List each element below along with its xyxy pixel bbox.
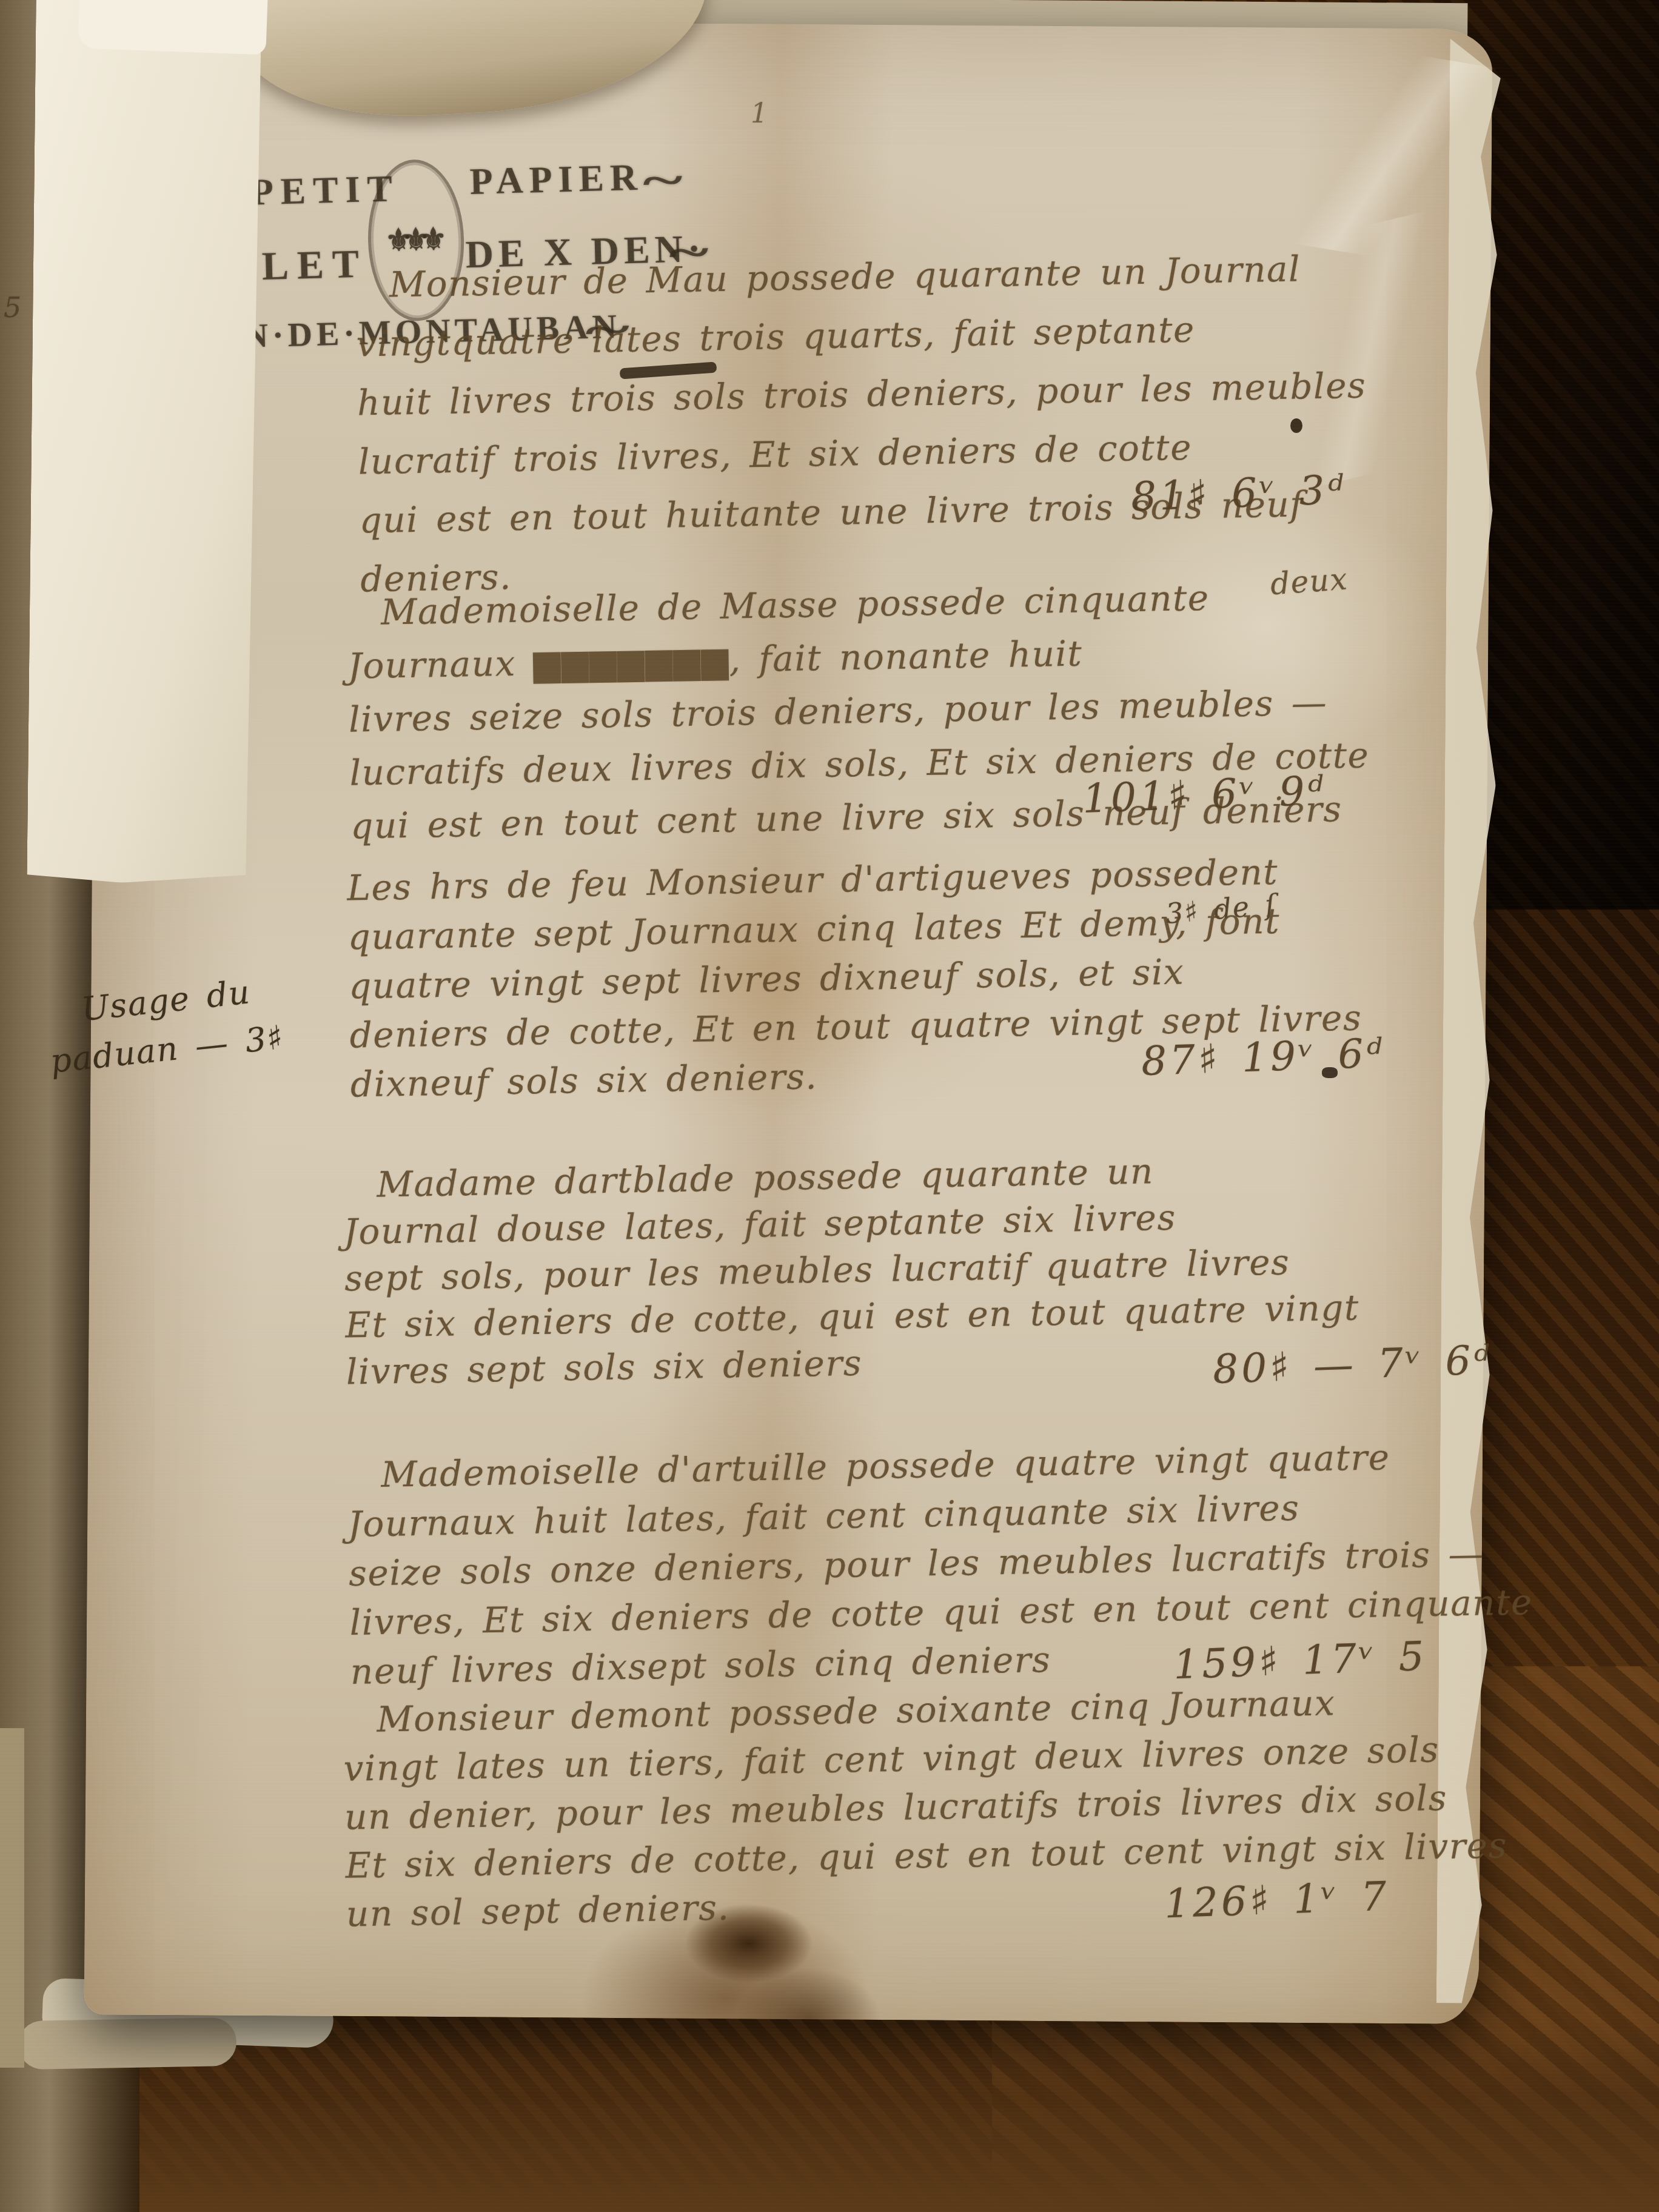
margin-note: Usage du paduan — 3♯ xyxy=(79,965,286,1082)
photo-of-manuscript: 5 1 PETIT ILLET PAPIER DE X DEN· EN·DE·M… xyxy=(0,0,1659,2212)
entry-monsieur-de-mau: Monsieur de Mau possede quarante un Jour… xyxy=(355,239,1370,609)
edge-mark: 5 xyxy=(4,291,22,324)
paper-strip-bookmark xyxy=(27,0,261,884)
stamp-flourish: ~ xyxy=(642,156,683,206)
entry-madame-dartblade: Madame dartblade possede quarante un Jou… xyxy=(343,1144,1361,1395)
wood-table-bottom xyxy=(0,2018,1659,2212)
amount-total: 80♯ — 7ᵛ 6ᵈ xyxy=(1212,1336,1493,1393)
amount-total: 87♯ 19ᵛ 6ᵈ xyxy=(1141,1030,1386,1085)
torn-leaf-edge xyxy=(18,2017,236,2070)
page-number: 1 xyxy=(751,98,769,129)
amount-total: 81♯ 6ᵛ 3ᵈ xyxy=(1130,466,1347,520)
paper-strip-top-fold xyxy=(78,0,267,55)
amount-total: 101♯ 6ᵛ 9ᵈ xyxy=(1082,767,1327,822)
stamp-word-papier: PAPIER xyxy=(469,156,644,203)
amount-total: 126♯ 1ᵛ 7 xyxy=(1164,1873,1390,1928)
leaf-edge xyxy=(0,1728,24,2068)
fleur-de-lis-icon: ⚜ xyxy=(402,226,430,255)
